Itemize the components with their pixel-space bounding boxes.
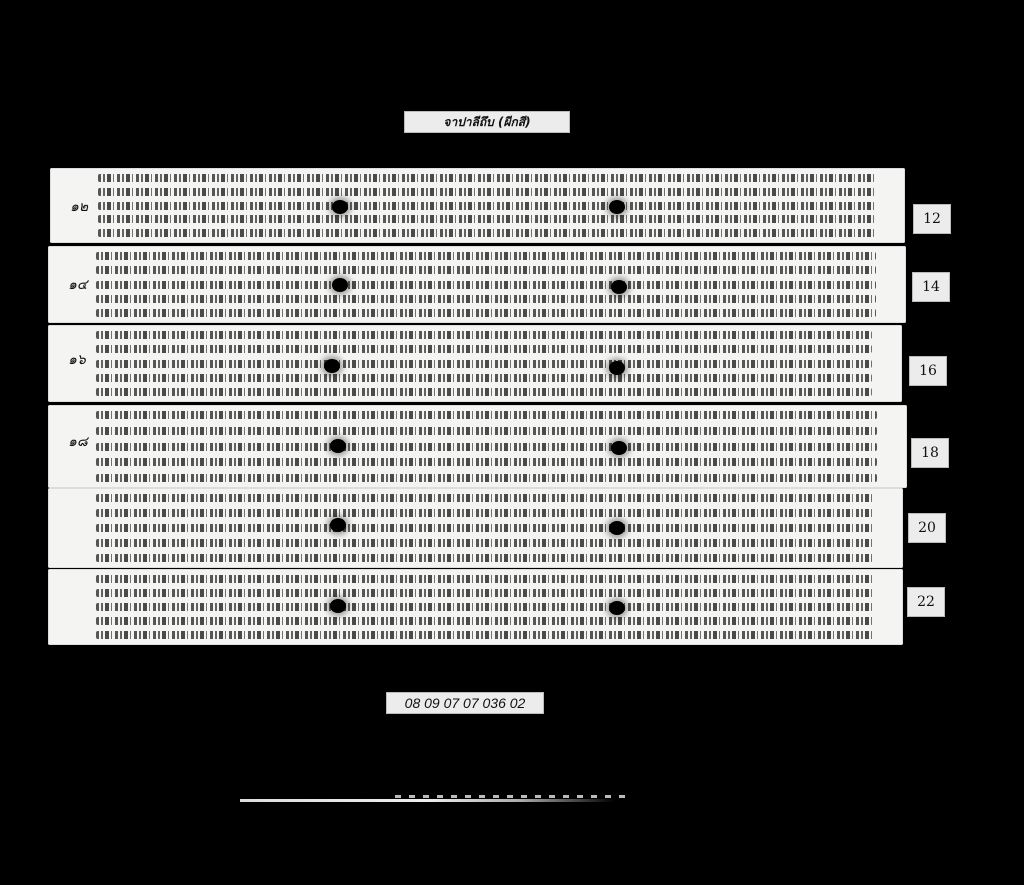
manuscript-text-lines [96,494,873,562]
binding-hole-right [609,200,625,214]
binding-hole-left [324,359,340,373]
margin-page-number: ๑๒ [70,196,88,218]
scale-bar [240,799,615,802]
binding-hole-right [609,521,625,535]
page-label-12: 12 [913,204,951,234]
binding-hole-left [330,599,346,613]
page-label-16: 16 [909,356,947,386]
margin-page-number: ๑๖ [68,349,86,371]
palm-leaf-page-18: ๑๘ [48,405,907,488]
manuscript-text-lines [98,174,875,237]
page-label-18: 18 [911,438,949,468]
palm-leaf-page-16: ๑๖ [48,325,902,402]
manuscript-text-lines [96,575,873,639]
binding-hole-right [611,280,627,294]
margin-page-number: ๑๔ [68,274,87,296]
palm-leaf-page-14: ๑๔ [48,246,906,323]
binding-hole-left [332,278,348,292]
binding-hole-right [611,441,627,455]
page-label-20: 20 [908,513,946,543]
manuscript-text-lines [96,252,876,317]
palm-leaf-page-12: ๑๒ [50,168,905,243]
margin-page-number: ๑๘ [68,431,88,453]
palm-leaf-page-22 [48,569,903,645]
binding-hole-right [609,361,625,375]
page-label-14: 14 [912,272,950,302]
manuscript-text-lines [96,331,872,396]
binding-hole-left [330,439,346,453]
catalog-code-label: 08 09 07 07 036 02 [386,692,544,714]
page-label-22: 22 [907,587,945,617]
binding-hole-left [330,518,346,532]
palm-leaf-page-20 [48,488,903,568]
binding-hole-left [332,200,348,214]
manuscript-title-label: จาปาลีถึบ (ผีกสี) [404,111,570,133]
binding-hole-right [609,601,625,615]
manuscript-text-lines [96,411,877,482]
